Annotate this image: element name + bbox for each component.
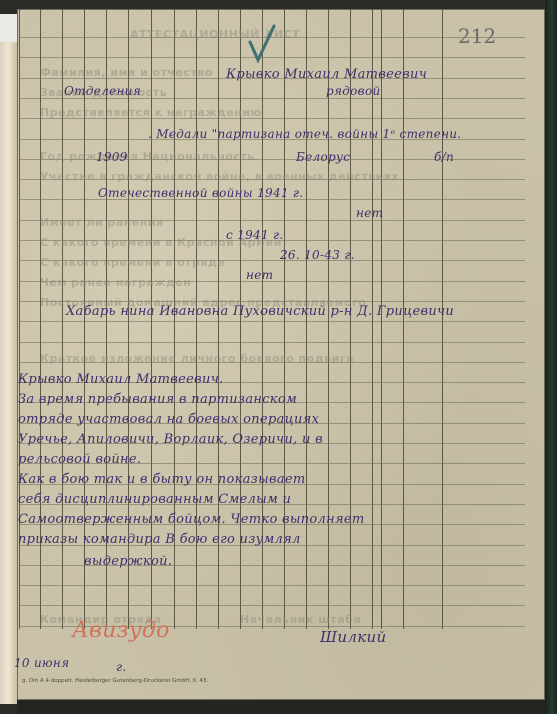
narrative-line: Уречье, Апиловичи, Ворлаик, Озеричи, и в (18, 432, 323, 447)
narrative-line: Как в бою так и в быту он показывает (18, 472, 306, 487)
page-number: 212 (458, 24, 496, 48)
check-mark-icon (246, 24, 276, 64)
commander-signature: Шилкий (320, 628, 386, 646)
printed-line: С какого времени в отряде (40, 256, 225, 269)
position: Отделения (64, 84, 141, 98)
folder-edge-right (545, 0, 557, 714)
printed-line: Начальник штаба (240, 613, 361, 626)
grid-horizontal-line (19, 585, 525, 586)
full-name: Крывко Михаил Матвеевич (226, 67, 427, 82)
printed-line: Участие в гражданской войне, в военных д… (40, 170, 399, 183)
printed-line: Фамилия, имя и отчество (40, 66, 213, 79)
narrative-line: Крывко Михаил Матвеевич. (18, 372, 224, 387)
printer-imprint: g. Din A 4 doppelt. Heidelberger Gutenbe… (22, 678, 208, 684)
party: б/п (434, 150, 454, 164)
award: . Медали "партизана отеч. войны 1ᵉ степе… (148, 127, 461, 141)
printed-line: Чем ранее награжден (40, 276, 191, 289)
red-signature: Авизудо (72, 618, 170, 643)
home-address: Хабарь нина Ивановна Пуховичский р-н Д. … (66, 304, 454, 319)
printed-line: Представляется к награждению (40, 106, 262, 119)
narrative-line: рельсовой войне. (18, 452, 141, 467)
grid-vertical-line (403, 9, 404, 629)
date-in-unit: 26. 10-43 г. (280, 248, 355, 262)
rank: рядовой (326, 84, 381, 98)
narrative-line: За время пребывания в партизанском (18, 392, 297, 407)
binder-strip (0, 14, 17, 704)
bottom-date-suffix: г. (116, 660, 126, 674)
previous-awards: нет (246, 268, 273, 282)
grid-horizontal-line (19, 605, 525, 606)
narrative-line: отряде участвовал на боевых операциях (18, 412, 319, 427)
narrative-line: приказы командира В бою его изумлял (18, 532, 301, 547)
grid-vertical-line (381, 9, 382, 629)
narrative-line: Самоотверженным бойцом. Четко выполняет (18, 512, 365, 527)
birth-year: 1909 (96, 150, 128, 164)
printed-line: Год рождения Национальность (40, 150, 255, 163)
printed-line: Краткое изложение личного боевого подвиг… (40, 352, 354, 365)
narrative-line: себя дисциплинированным Смелым и (18, 492, 291, 507)
grid-horizontal-line (19, 342, 525, 343)
grid-vertical-line (372, 9, 373, 629)
printed-line: Имеет ли ранения (40, 216, 164, 229)
narrative-line: выдержкой. (84, 554, 172, 569)
binder-strip-top (0, 14, 17, 42)
grid-vertical-line (306, 9, 307, 629)
grid-horizontal-line (19, 321, 525, 322)
wounds: нет (356, 206, 383, 220)
grid-vertical-line (328, 9, 329, 629)
folder-edge-bottom (17, 700, 545, 714)
nationality: Белорус (296, 150, 350, 164)
grid-vertical-line (442, 9, 443, 629)
in-army-since: с 1941 г. (226, 228, 283, 242)
bottom-date: 10 июня (14, 656, 69, 670)
grid-vertical-line (350, 9, 351, 629)
war-participation: Отечественной войны 1941 г. (98, 186, 303, 200)
